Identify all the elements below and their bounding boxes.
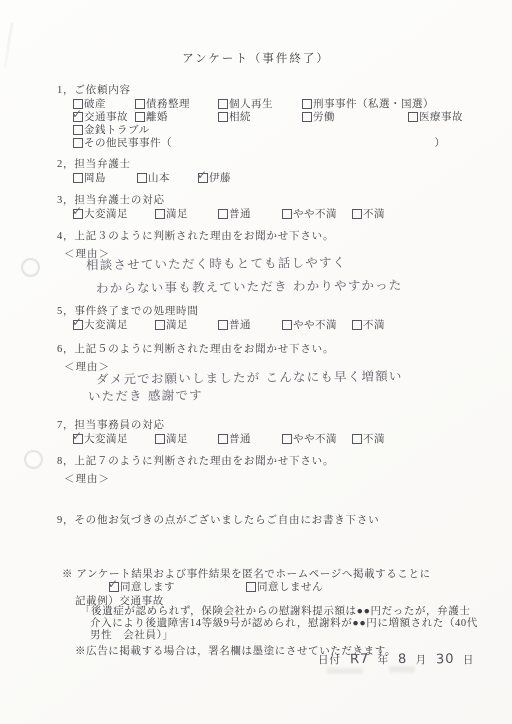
checkbox-option: 満足 [155, 317, 218, 332]
empty-checkbox-icon [73, 125, 83, 135]
checkbox-option: 大変満足 [73, 317, 155, 332]
checkbox-label: やや不満 [293, 206, 337, 221]
handwritten-answer-q4-line-2: わからない事も教えていただき わかりやすかった [96, 275, 403, 296]
blank-field-close-paren: ） [435, 135, 446, 150]
checkbox-option: 不満 [352, 431, 385, 446]
checkbox-label: 満足 [166, 206, 188, 221]
question-4-heading: 4，上記３のように判断された理由をお聞かせ下さい。 [57, 228, 334, 243]
question-5-heading: 5，事件終了までの処理時間 [57, 303, 385, 318]
redacted-signature-smudge [327, 668, 363, 674]
checkbox-label: 満足 [166, 317, 188, 332]
checkbox-option: 大変満足 [73, 206, 155, 221]
empty-checkbox-icon [218, 434, 228, 444]
empty-checkbox-icon [302, 99, 312, 109]
example-text-line-2: 介入により後遺障害14等級9号が認められ，慰謝料が●●円に増額された（40代 [80, 618, 478, 630]
empty-checkbox-icon [282, 209, 292, 219]
empty-checkbox-icon [155, 320, 165, 330]
empty-checkbox-icon [73, 173, 83, 183]
checkbox-option: 岡島 [73, 170, 137, 185]
empty-checkbox-icon [218, 99, 228, 109]
checkbox-label: 普通 [229, 206, 251, 221]
empty-checkbox-icon [352, 320, 362, 330]
question-5: 5，事件終了までの処理時間 大変満足満足普通やや不満不満 [57, 303, 385, 331]
other-civil-case-option: その他民事事件（ [73, 135, 135, 150]
empty-checkbox-icon [302, 112, 312, 122]
question-9: 9，その他お気づきの点がございましたらご自由にお書き下さい [57, 512, 379, 527]
checkbox-label: 不満 [363, 206, 385, 221]
checkbox-option: やや不満 [282, 206, 352, 221]
date-prefix-label: 日付 [318, 655, 341, 666]
checkbox-label: 不満 [363, 431, 385, 446]
empty-checkbox-icon [135, 99, 145, 109]
month-label: 月 [416, 655, 428, 666]
checkbox-option: 山本 [137, 170, 198, 185]
checkbox-label: その他民事事件（ [84, 135, 172, 150]
form-title: アンケート（事件終了） [0, 50, 512, 66]
checked-checkbox-icon [73, 434, 83, 444]
example-text-line-1: 「後遺症が認められず，保険会社からの慰謝料提示額は●●円だったが，弁護士 [80, 606, 478, 618]
checkbox-label: 大変満足 [84, 431, 128, 446]
punch-hole-icon [24, 450, 43, 469]
empty-checkbox-icon [155, 434, 165, 444]
question-3-heading: 3，担当弁護士の対応 [57, 192, 385, 207]
question-7: 7，担当事務員の対応 大変満足満足普通やや不満不満 [57, 417, 385, 445]
question-1-heading: 1，ご依頼内容 [57, 82, 463, 97]
checkbox-label: 大変満足 [84, 206, 128, 221]
punch-hole-icon [21, 258, 40, 277]
checkbox-label: 岡島 [84, 170, 106, 185]
empty-checkbox-icon [137, 173, 147, 183]
checkbox-option: 不満 [352, 317, 385, 332]
empty-checkbox-icon [155, 209, 165, 219]
question-8-heading: 8，上記７のように判断された理由をお聞かせ下さい。 [57, 453, 334, 468]
checkbox-option: 伊藤 [198, 170, 231, 185]
checkbox-label: 同意します [120, 579, 175, 594]
checkbox-option: 普通 [218, 431, 282, 446]
checkbox-label: やや不満 [293, 431, 337, 446]
question-2-options: 岡島山本伊藤 [73, 171, 231, 184]
checked-checkbox-icon [73, 209, 83, 219]
example-text-line-3: 男性 会社員）」 [80, 630, 478, 642]
checkbox-option: やや不満 [282, 317, 352, 332]
question-9-heading: 9，その他お気づきの点がございましたらご自由にお書き下さい [57, 512, 379, 527]
handwritten-answer-q4-line-1: 相談させていただく時もとても話しやすく [86, 253, 346, 274]
handwritten-answer-q6-line-2: いただき 感謝です [88, 385, 203, 404]
checkbox-label: やや不満 [293, 317, 337, 332]
checked-checkbox-icon [198, 173, 208, 183]
question-3: 3，担当弁護士の対応 大変満足満足普通やや不満不満 [57, 192, 385, 220]
checkbox-label: 不満 [363, 317, 385, 332]
checkbox-label: 相続 [229, 109, 251, 124]
handwritten-month: 8 [397, 652, 407, 667]
checkbox-option: 労働 [302, 109, 408, 124]
handwritten-era-year: R7 [349, 652, 369, 668]
checkbox-option: その他民事事件（ [73, 135, 135, 150]
checkbox-option: 相続 [218, 109, 302, 124]
checkbox-label: 同意しません [257, 579, 323, 594]
consent-options: 同意します同意しません [109, 580, 323, 593]
checkbox-label: 大変満足 [84, 317, 128, 332]
empty-checkbox-icon [218, 209, 228, 219]
question-6-heading: 6，上記５のように判断された理由をお聞かせ下さい。 [57, 341, 334, 356]
checkbox-option: 同意します [109, 579, 246, 594]
empty-checkbox-icon [73, 138, 83, 148]
checkbox-option: 大変満足 [73, 431, 155, 446]
checkbox-option: 不満 [352, 206, 385, 221]
checkbox-label: 普通 [229, 431, 251, 446]
empty-checkbox-icon [352, 209, 362, 219]
day-label: 日 [463, 655, 475, 666]
empty-checkbox-icon [282, 434, 292, 444]
checkbox-option: 医療事故 [408, 109, 463, 124]
empty-checkbox-icon [135, 112, 145, 122]
reason-label: ＜理由＞ [64, 471, 334, 486]
empty-checkbox-icon [218, 112, 228, 122]
empty-checkbox-icon [218, 320, 228, 330]
checkbox-option: 満足 [155, 206, 218, 221]
question-8: 8，上記７のように判断された理由をお聞かせ下さい。 ＜理由＞ [57, 453, 334, 486]
question-7-heading: 7，担当事務員の対応 [57, 417, 385, 432]
checkbox-option: 同意しません [246, 579, 323, 594]
date-line: 日付 R7 年 8 月 30 日 [316, 652, 476, 667]
checkbox-label: 医療事故 [419, 109, 463, 124]
empty-checkbox-icon [408, 112, 418, 122]
question-5-options: 大変満足満足普通やや不満不満 [73, 318, 385, 331]
checkbox-option: やや不満 [282, 431, 352, 446]
question-3-options: 大変満足満足普通やや不満不満 [73, 207, 385, 220]
empty-checkbox-icon [246, 582, 256, 592]
empty-checkbox-icon [352, 434, 362, 444]
question-1-options-row-4: その他民事事件（ ） [73, 136, 445, 149]
checkbox-option: 満足 [155, 431, 218, 446]
checkbox-option: 普通 [218, 206, 282, 221]
empty-checkbox-icon [282, 320, 292, 330]
checkbox-label: 伊藤 [209, 170, 231, 185]
checkbox-label: 山本 [148, 170, 170, 185]
year-label: 年 [378, 655, 390, 666]
checkbox-label: 満足 [166, 431, 188, 446]
redacted-signature-smudge [389, 666, 415, 673]
checked-checkbox-icon [109, 582, 119, 592]
checked-checkbox-icon [73, 320, 83, 330]
checkbox-label: 労働 [313, 109, 335, 124]
checkbox-label: 普通 [229, 317, 251, 332]
scanned-survey-page: アンケート（事件終了） 1，ご依頼内容 破産債務整理個人再生刑事事件（私選・国選… [0, 0, 512, 724]
question-2: 2，担当弁護士 岡島山本伊藤 [57, 156, 231, 184]
checked-checkbox-icon [73, 112, 83, 122]
handwritten-day: 30 [435, 652, 454, 668]
question-7-options: 大変満足満足普通やや不満不満 [73, 432, 385, 445]
question-1: 1，ご依頼内容 破産債務整理個人再生刑事事件（私選・国選） 交通事故離婚相続労働… [57, 82, 463, 149]
example-text: 「後遺症が認められず，保険会社からの慰謝料提示額は●●円だったが，弁護士 介入に… [80, 606, 478, 643]
checkbox-option: 普通 [218, 317, 282, 332]
handwritten-answer-q6-line-1: ダメ元でお願いしましたが こんなにも早く増額い [96, 366, 403, 387]
